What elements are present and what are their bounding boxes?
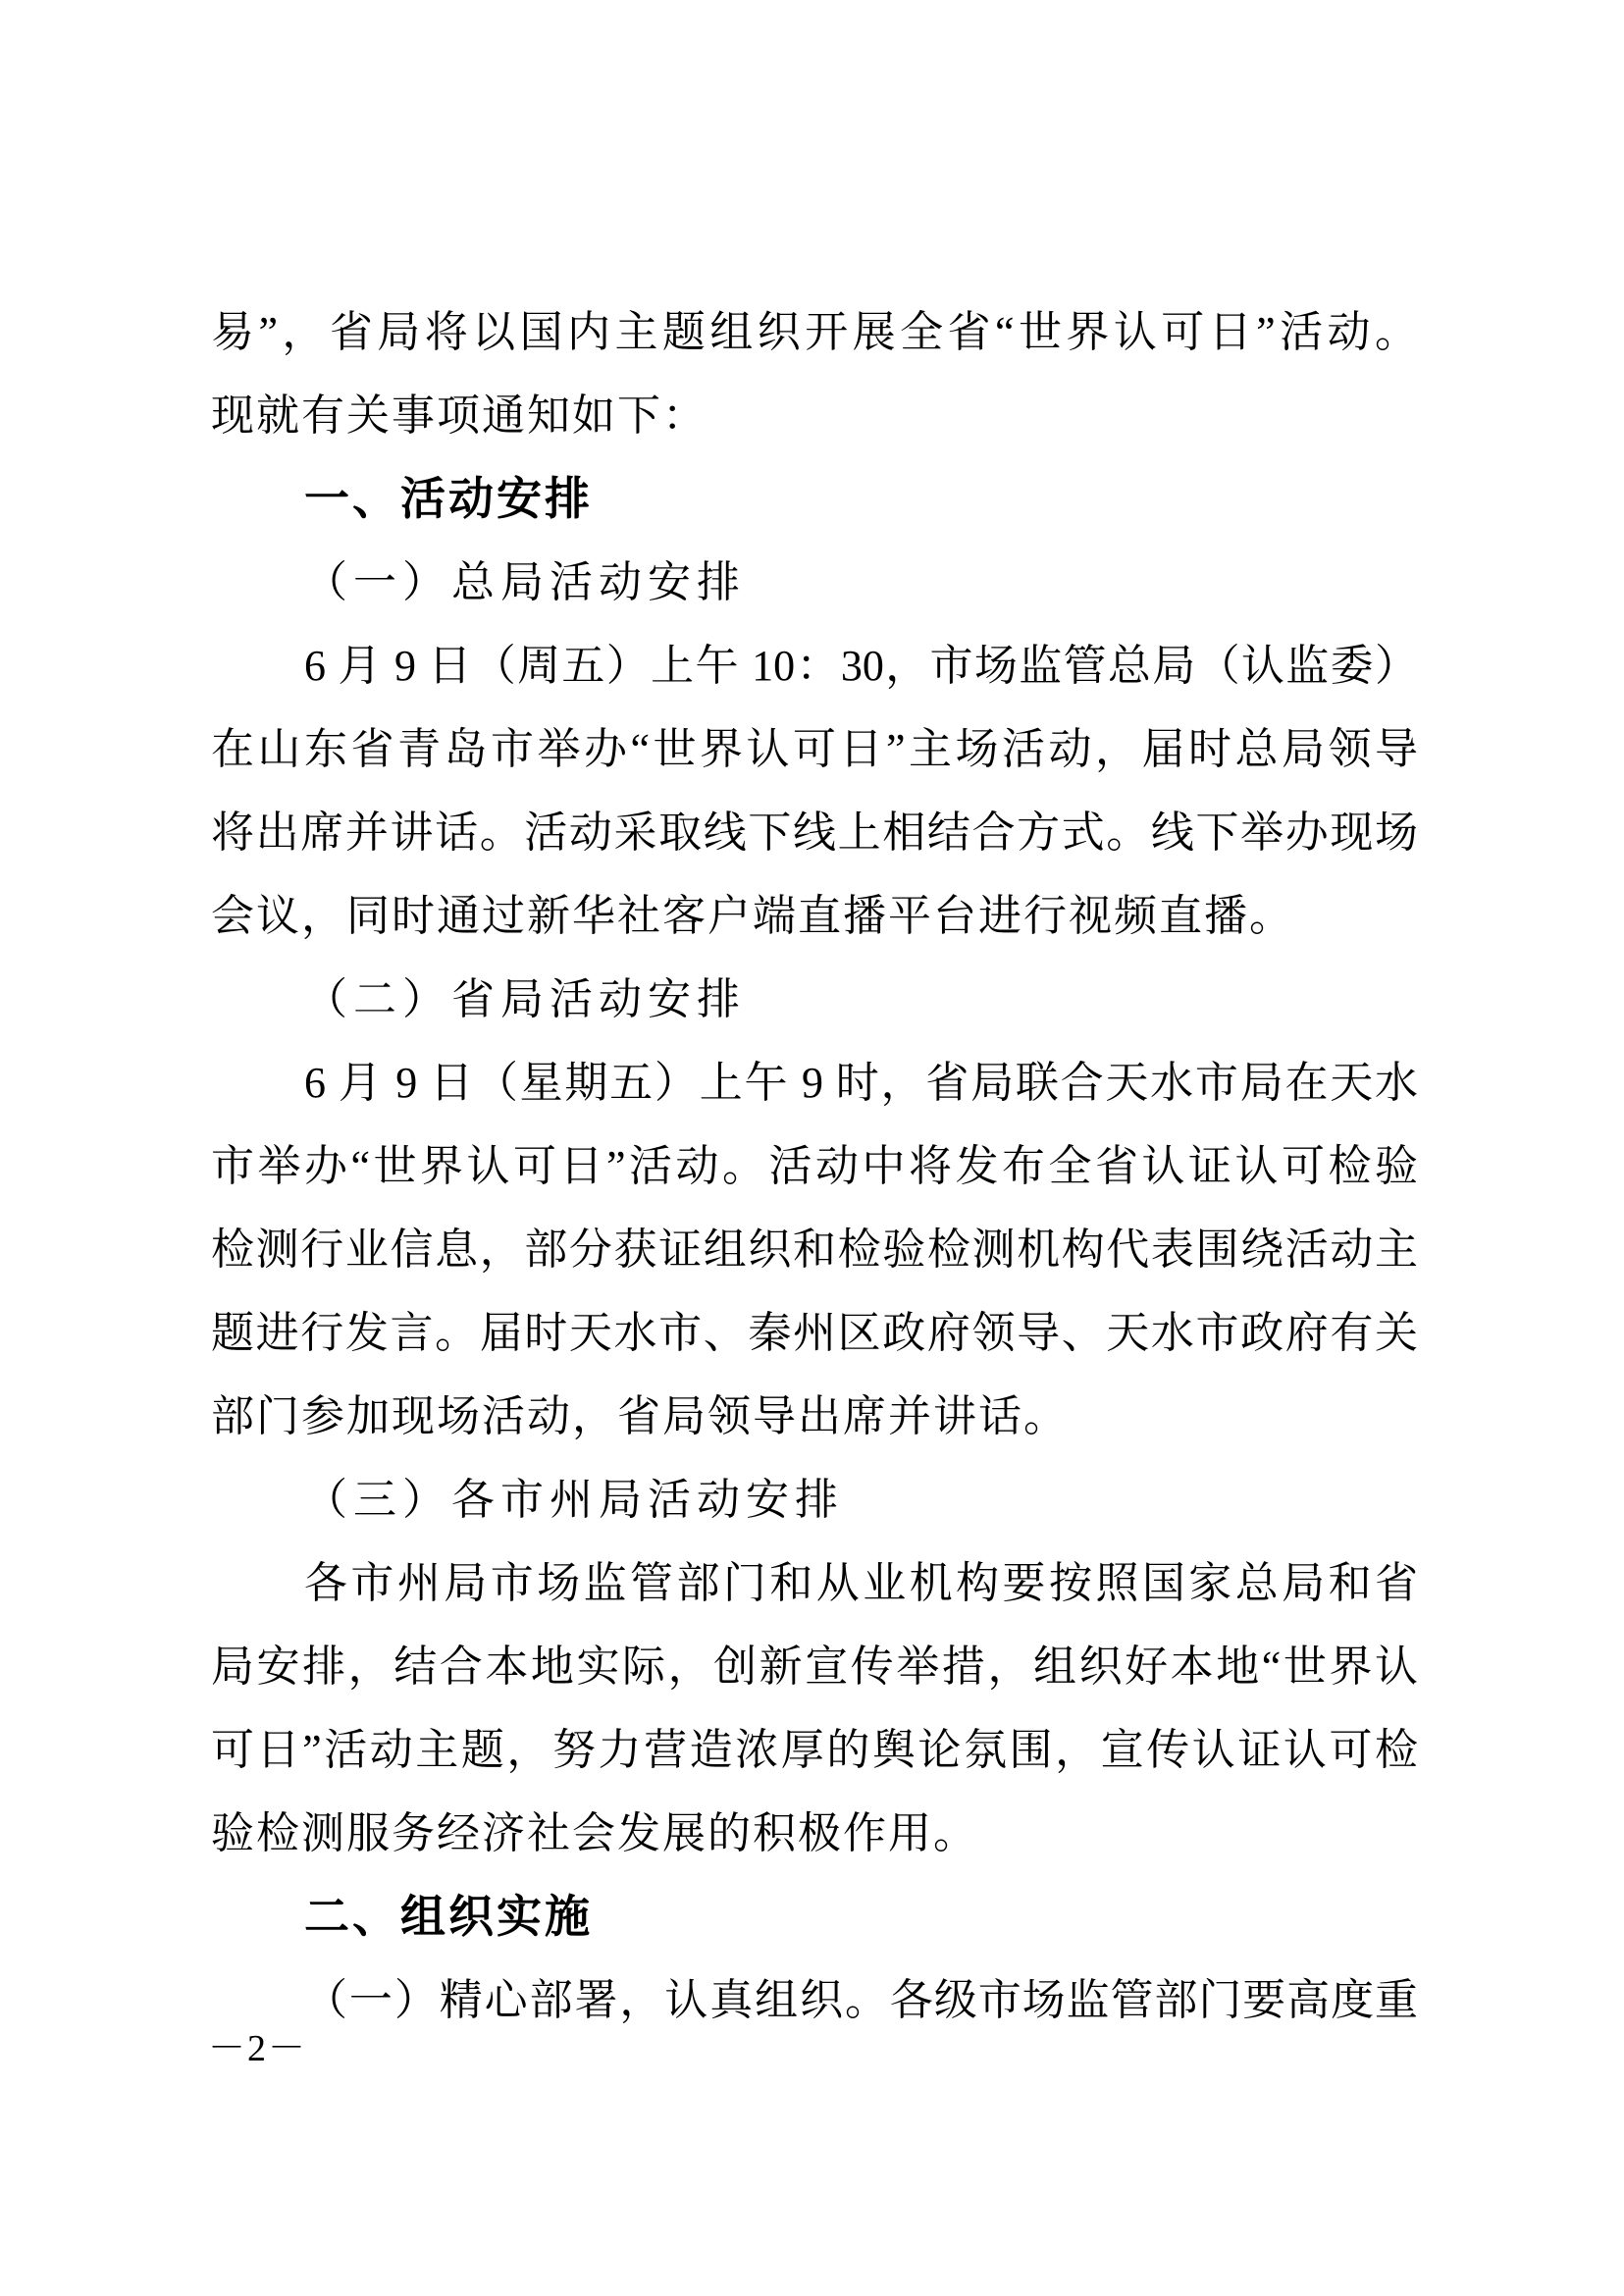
paragraph-line: 市举办“世界认可日”活动。活动中将发布全省认证认可检验 (211, 1124, 1418, 1208)
section-heading: 一、活动安排 (211, 457, 1418, 541)
paragraph-line: 部门参加现场活动，省局领导出席并讲话。 (211, 1375, 1418, 1458)
text-segment: （一）精心部署，认真组织。 (304, 1976, 890, 2024)
text-block: 易”，省局将以国内主题组织开展全省“世界认可日”活动。现就有关事项通知如下：一、… (211, 290, 1418, 2042)
section-heading: 二、组织实施 (211, 1875, 1418, 1958)
paragraph-line: 6 月 9 日（周五）上午 10：30，市场监管总局（认监委） (211, 624, 1418, 707)
document-page: 易”，省局将以国内主题组织开展全省“世界认可日”活动。现就有关事项通知如下：一、… (0, 0, 1624, 2296)
paragraph-line: 可日”活动主题，努力营造浓厚的舆论氛围，宣传认证认可检 (211, 1708, 1418, 1792)
paragraph-line: 验检测服务经济社会发展的积极作用。 (211, 1792, 1418, 1875)
subsection-heading: （三）各市州局活动安排 (211, 1458, 1418, 1541)
paragraph-line: 检测行业信息，部分获证组织和检验检测机构代表围绕活动主 (211, 1208, 1418, 1291)
subsection-heading: （一）总局活动安排 (211, 541, 1418, 624)
paragraph-line: 现就有关事项通知如下： (211, 374, 1418, 457)
paragraph-line: （一）精心部署，认真组织。各级市场监管部门要高度重 (211, 1958, 1418, 2042)
paragraph-line: 会议，同时通过新华社客户端直播平台进行视频直播。 (211, 874, 1418, 958)
text-segment: 各级市场监管部门要高度重 (890, 1976, 1418, 2024)
paragraph-line: 易”，省局将以国内主题组织开展全省“世界认可日”活动。 (211, 290, 1418, 374)
paragraph-line: 题进行发言。届时天水市、秦州区政府领导、天水市政府有关 (211, 1291, 1418, 1375)
paragraph-line: 将出席并讲话。活动采取线下线上相结合方式。线下举办现场 (211, 791, 1418, 874)
paragraph-line: 在山东省青岛市举办“世界认可日”主场活动，届时总局领导 (211, 707, 1418, 791)
paragraph-line: 6 月 9 日（星期五）上午 9 时，省局联合天水市局在天水 (211, 1041, 1418, 1124)
subsection-heading: （二）省局活动安排 (211, 958, 1418, 1041)
paragraph-line: 各市州局市场监管部门和从业机构要按照国家总局和省 (211, 1541, 1418, 1625)
paragraph-line: 局安排，结合本地实际，创新宣传举措，组织好本地“世界认 (211, 1625, 1418, 1708)
page-number: －2－ (208, 2027, 307, 2070)
